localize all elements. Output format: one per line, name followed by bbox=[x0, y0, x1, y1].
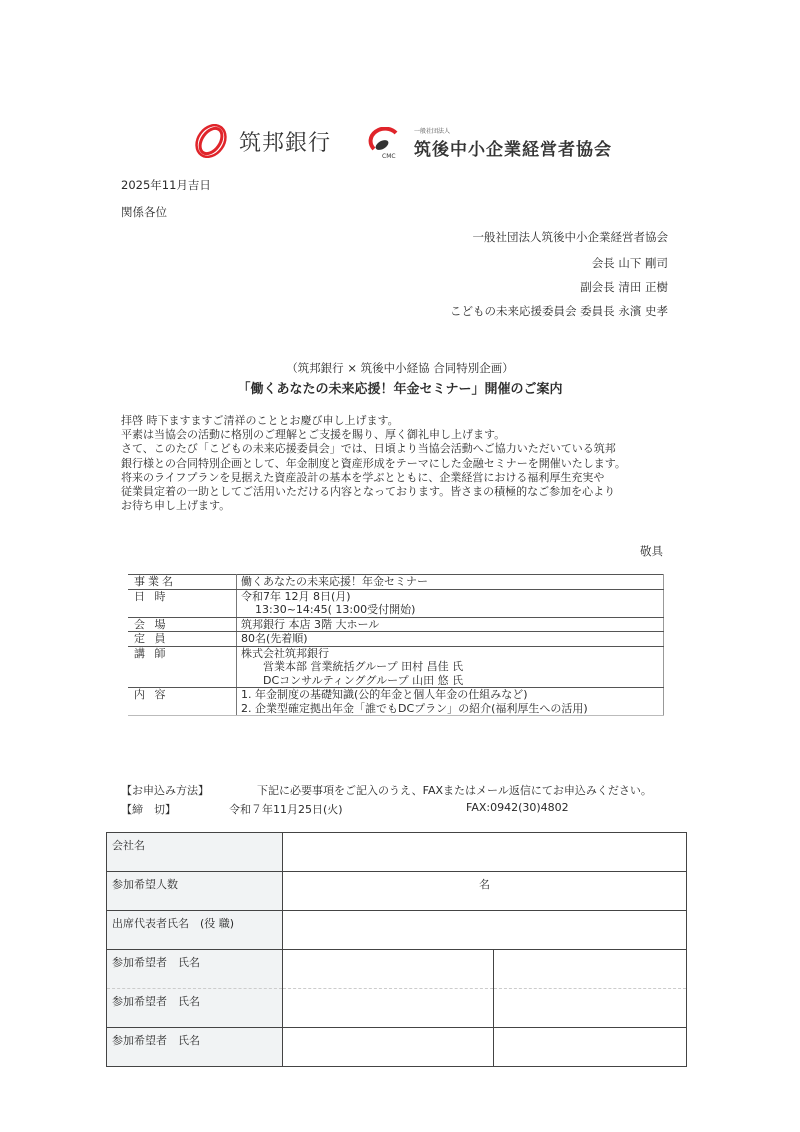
deadline-text: 令和７年11月25日(火) bbox=[229, 801, 343, 817]
participant-count-field[interactable]: 名 bbox=[283, 872, 687, 911]
event-capacity: 80名(先着順) bbox=[241, 632, 308, 645]
body-line: 銀行様との合同特別企画として、年金制度と資産形成をテーマにした金融セミナーを開催… bbox=[121, 457, 626, 471]
form-row-participant: 参加希望者 氏名 bbox=[107, 989, 687, 1028]
content-item-2: 2. 企業型確定拠出年金「誰でもDCプラン」の紹介(福利厚生への活用) bbox=[241, 702, 659, 716]
row-value: 80名(先着順) bbox=[237, 632, 664, 647]
content-item-1: 1. 年金制度の基礎知識(公的年金と個人年金の仕組みなど) bbox=[241, 688, 659, 702]
sender-committee-chair: こどもの未来応援委員会 委員長 永濱 史孝 bbox=[450, 304, 668, 318]
application-method-text: 下記に必要事項をご記入のうえ、FAXまたはメール返信にてお申込みください。 bbox=[257, 782, 652, 798]
row-value: 筑邦銀行 本店 3階 大ホール bbox=[237, 617, 664, 632]
event-date: 令和7年 12月 8日(月) bbox=[241, 590, 659, 604]
table-row: 会 場 筑邦銀行 本店 3階 大ホール bbox=[128, 617, 664, 632]
row-label: 内 容 bbox=[128, 688, 237, 716]
body-line: お待ち申し上げます。 bbox=[121, 499, 626, 513]
fax-number: FAX:0942(30)4802 bbox=[466, 801, 569, 814]
letter-closing: 敬具 bbox=[640, 544, 663, 558]
row-value: 令和7年 12月 8日(月) 13:30~14:45( 13:00受付開始) bbox=[237, 589, 664, 617]
chikuho-bank-emblem-icon bbox=[191, 124, 231, 158]
row-label: 事業名 bbox=[128, 575, 237, 590]
company-label: 会社名 bbox=[107, 833, 283, 872]
participant-name-field[interactable] bbox=[494, 1028, 687, 1067]
letter-addressee: 関係各位 bbox=[121, 205, 167, 219]
form-row-count: 参加希望人数 名 bbox=[107, 872, 687, 911]
participant-name-field[interactable] bbox=[283, 950, 494, 989]
sender-org: 一般社団法人筑後中小企業経営者協会 bbox=[473, 230, 669, 244]
table-row: 事業名 働くあなたの未来応援！年金セミナー bbox=[128, 575, 664, 590]
association-emblem-icon: CMC bbox=[366, 127, 410, 159]
event-venue: 筑邦銀行 本店 3階 大ホール bbox=[241, 618, 379, 631]
application-method-label: 【お申込み方法】 bbox=[121, 784, 209, 797]
logo-association-name: 筑後中小企業経営者協会 bbox=[414, 140, 612, 160]
event-title: 「働くあなたの未来応援！年金セミナー」開催のご案内 bbox=[0, 378, 800, 397]
representative-label: 出席代表者氏名 (役 職) bbox=[107, 911, 283, 950]
body-line: 将来のライフプランを見据えた資産設計の基本を学ぶとともに、企業経営における福利厚… bbox=[121, 471, 626, 485]
participant-name-field[interactable] bbox=[494, 989, 687, 1028]
lecturer-company: 株式会社筑邦銀行 bbox=[241, 647, 659, 661]
row-label: 講 師 bbox=[128, 646, 237, 688]
participant-name-field[interactable] bbox=[283, 1028, 494, 1067]
body-line: 拝啓 時下ますますご清祥のこととお慶び申し上げます。 bbox=[121, 414, 626, 428]
count-unit: 名 bbox=[288, 876, 681, 892]
row-label: 定 員 bbox=[128, 632, 237, 647]
form-row-representative: 出席代表者氏名 (役 職) bbox=[107, 911, 687, 950]
logo-bank-name: 筑邦銀行 bbox=[239, 126, 331, 157]
svg-text:CMC: CMC bbox=[382, 153, 396, 159]
participant-count-label: 参加希望人数 bbox=[107, 872, 283, 911]
body-line: 平素は当協会の活動に格別のご理解とご支援を賜り、厚く御礼申し上げます。 bbox=[121, 428, 626, 442]
row-value: 1. 年金制度の基礎知識(公的年金と個人年金の仕組みなど) 2. 企業型確定拠出… bbox=[237, 688, 664, 716]
application-form: 会社名 参加希望人数 名 出席代表者氏名 (役 職) 参加希望者 氏名 参加希望… bbox=[106, 832, 687, 1067]
chikuho-bank-logo: 筑邦銀行 bbox=[191, 124, 331, 158]
deadline-label: 【締 切】 bbox=[121, 803, 176, 816]
table-row: 内 容 1. 年金制度の基礎知識(公的年金と個人年金の仕組みなど) 2. 企業型… bbox=[128, 688, 664, 716]
representative-name-field[interactable] bbox=[283, 911, 687, 950]
row-value: 株式会社筑邦銀行 営業本部 営業統括グループ 田村 昌佳 氏 DCコンサルティン… bbox=[237, 646, 664, 688]
participant-name-field[interactable] bbox=[494, 950, 687, 989]
participant-name-field[interactable] bbox=[283, 989, 494, 1028]
row-label: 日 時 bbox=[128, 589, 237, 617]
body-line: さて、このたび「こどもの未来応援委員会」では、日頃より当協会活動へご協力いただい… bbox=[121, 442, 626, 456]
event-info-table: 事業名 働くあなたの未来応援！年金セミナー 日 時 令和7年 12月 8日(月)… bbox=[128, 574, 664, 716]
table-row: 日 時 令和7年 12月 8日(月) 13:30~14:45( 13:00受付開… bbox=[128, 589, 664, 617]
row-label: 会 場 bbox=[128, 617, 237, 632]
event-subtitle: （筑邦銀行 × 筑後中小経協 合同特別企画） bbox=[0, 361, 800, 375]
letter-date: 2025年11月吉日 bbox=[121, 178, 211, 192]
table-row: 講 師 株式会社筑邦銀行 営業本部 営業統括グループ 田村 昌佳 氏 DCコンサ… bbox=[128, 646, 664, 688]
logo-association-type: 一般社団法人 bbox=[414, 126, 450, 135]
row-value: 働くあなたの未来応援！年金セミナー bbox=[237, 575, 664, 590]
lecturer-2: DCコンサルティンググループ 山田 悠 氏 bbox=[241, 674, 659, 688]
participant-label: 参加希望者 氏名 bbox=[107, 950, 283, 989]
form-row-company: 会社名 bbox=[107, 833, 687, 872]
sender-chairman: 会長 山下 剛司 bbox=[592, 256, 668, 270]
form-row-participant: 参加希望者 氏名 bbox=[107, 1028, 687, 1067]
lecturer-1: 営業本部 営業統括グループ 田村 昌佳 氏 bbox=[241, 660, 659, 674]
company-name-field[interactable] bbox=[283, 833, 687, 872]
application-method: 【お申込み方法】 下記に必要事項をご記入のうえ、FAXまたはメール返信にてお申込… bbox=[121, 782, 209, 798]
body-line: 従業員定着の一助としてご活用いただける内容となっております。皆さまの積極的なご参… bbox=[121, 485, 626, 499]
application-deadline: 【締 切】 令和７年11月25日(火) FAX:0942(30)4802 bbox=[121, 801, 681, 817]
table-row: 定 員 80名(先着順) bbox=[128, 632, 664, 647]
event-name: 働くあなたの未来応援！年金セミナー bbox=[241, 575, 428, 588]
form-row-participant: 参加希望者 氏名 bbox=[107, 950, 687, 989]
letter-body: 拝啓 時下ますますご清祥のこととお慶び申し上げます。 平素は当協会の活動に格別の… bbox=[121, 414, 626, 513]
association-logo: CMC 一般社団法人 筑後中小企業経営者協会 bbox=[366, 126, 612, 160]
participant-label: 参加希望者 氏名 bbox=[107, 989, 283, 1028]
event-time: 13:30~14:45( 13:00受付開始) bbox=[241, 603, 659, 617]
sender-vice-chairman: 副会長 清田 正樹 bbox=[580, 280, 668, 294]
participant-label: 参加希望者 氏名 bbox=[107, 1028, 283, 1067]
